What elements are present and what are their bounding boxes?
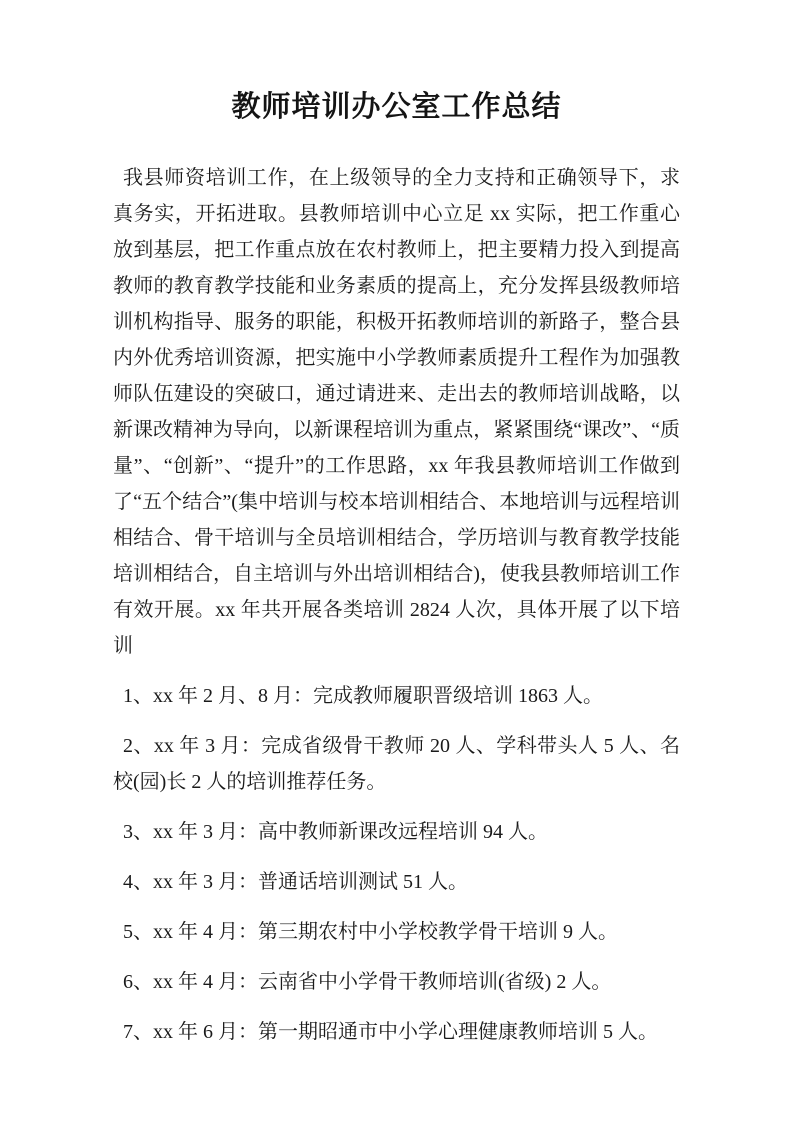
intro-paragraph: 我县师资培训工作，在上级领导的全力支持和正确领导下，求真务实，开拓进取。县教师培… xyxy=(113,160,680,664)
list-item-5: 5、xx 年 4 月：第三期农村中小学校教学骨干培训 9 人。 xyxy=(113,914,680,950)
list-item-3: 3、xx 年 3 月：高中教师新课改远程培训 94 人。 xyxy=(113,814,680,850)
document-title: 教师培训办公室工作总结 xyxy=(113,84,680,130)
training-list: 1、xx 年 2 月、8 月：完成教师履职晋级培训 1863 人。 2、xx 年… xyxy=(113,678,680,1050)
document-page: 教师培训办公室工作总结 我县师资培训工作，在上级领导的全力支持和正确领导下，求真… xyxy=(0,0,793,1122)
list-item-2: 2、xx 年 3 月：完成省级骨干教师 20 人、学科带头人 5 人、名校(园)… xyxy=(113,728,680,800)
list-item-7: 7、xx 年 6 月：第一期昭通市中小学心理健康教师培训 5 人。 xyxy=(113,1014,680,1050)
list-item-4: 4、xx 年 3 月：普通话培训测试 51 人。 xyxy=(113,864,680,900)
list-item-6: 6、xx 年 4 月：云南省中小学骨干教师培训(省级) 2 人。 xyxy=(113,964,680,1000)
list-item-1: 1、xx 年 2 月、8 月：完成教师履职晋级培训 1863 人。 xyxy=(113,678,680,714)
